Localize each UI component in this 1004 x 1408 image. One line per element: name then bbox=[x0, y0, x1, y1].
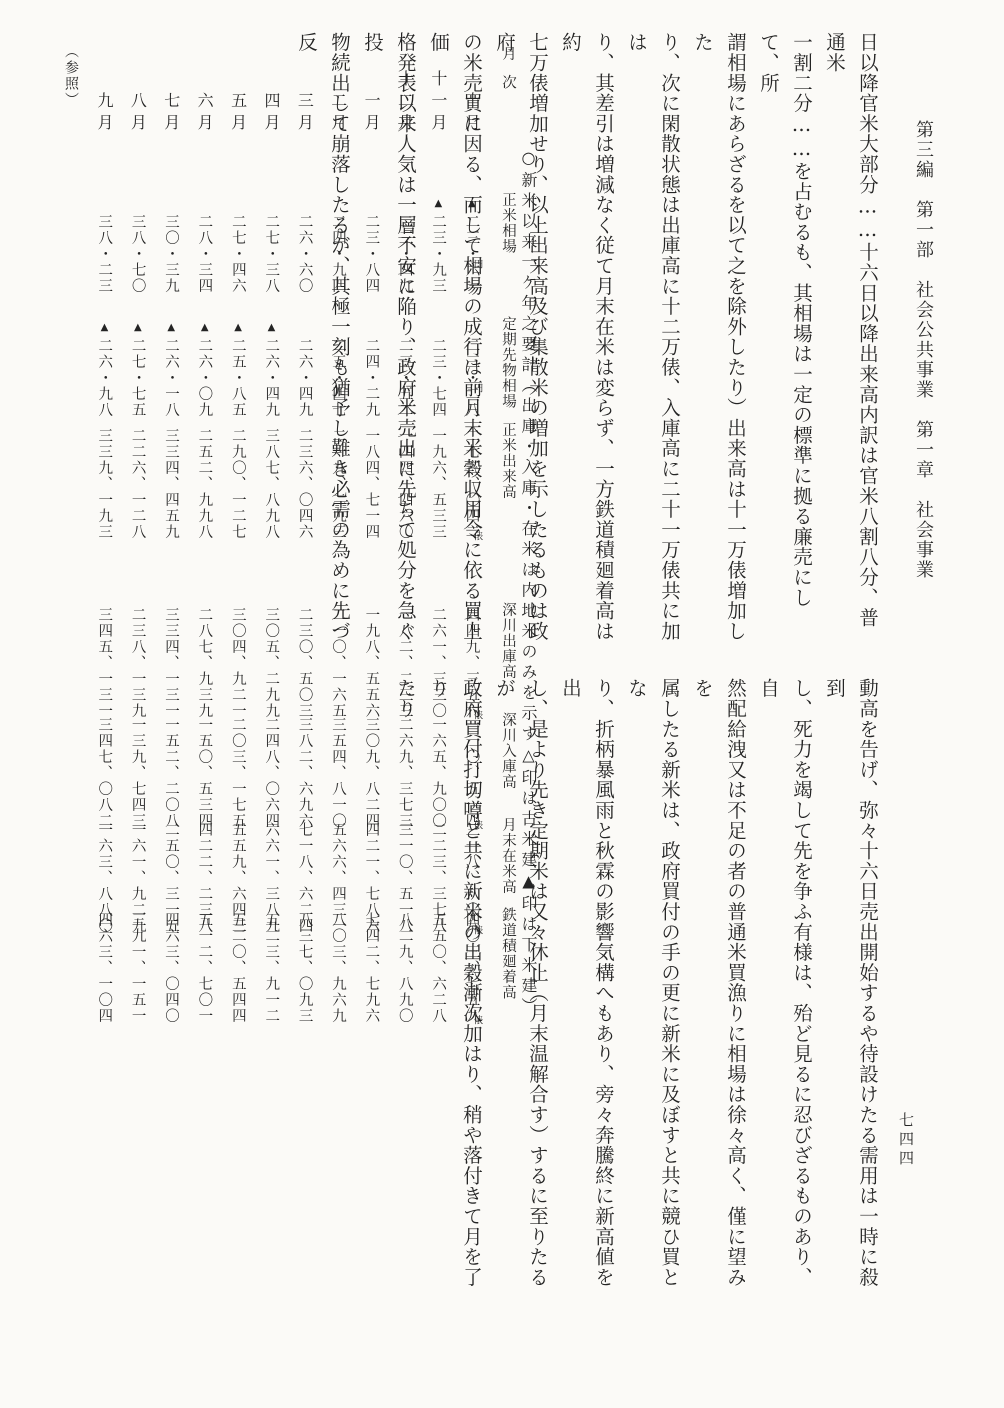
table-cell-value: 二三〇、五〇三 bbox=[297, 607, 312, 719]
table-cell: 三三九、一九三 bbox=[87, 428, 120, 540]
table-cell-value: 三九一、一五一 bbox=[130, 912, 145, 1024]
table-cell: 二七・三八 bbox=[254, 214, 287, 294]
month-label-text: 七月 bbox=[163, 92, 179, 136]
table-cell-value: 二一九、二九三 bbox=[330, 428, 345, 540]
lower-grade-rice-marker-icon: ▲ bbox=[166, 322, 176, 335]
table-month-column: 九月三八・二三▲二六・九八三三九、一九三三四五、一三一三四七、〇八二一六三、八八… bbox=[87, 0, 120, 1060]
table-cell-value: 二三・七四 bbox=[431, 338, 446, 418]
month-label: 十二月 bbox=[388, 40, 421, 136]
table-cell: 二八・三四 bbox=[187, 214, 220, 294]
month-label: 八月 bbox=[121, 40, 154, 136]
table-month-column: 六月二八・三四▲二六・〇九二五二、九九八二八七、九三九一五〇、五三四四二二、二三… bbox=[187, 0, 220, 1060]
month-label-text: 三月 bbox=[296, 92, 312, 136]
table-cell: 八二九、八九〇 bbox=[388, 912, 421, 1024]
table-cell: 三三四、四五九 bbox=[154, 428, 187, 540]
table-cell-value: 四〇三、七五九俵 bbox=[464, 912, 479, 1024]
table-cell: 五二三、九一二 bbox=[254, 912, 287, 1024]
table-cell-value: ▲二六・〇九 bbox=[197, 338, 212, 418]
table-cell: 二四八、〇六四 bbox=[254, 717, 287, 829]
table-cell-value: 二五・四七 bbox=[330, 338, 345, 418]
table-cell-value: ▲二五・八五 bbox=[230, 338, 245, 418]
table-cell: 二三・八四 bbox=[354, 214, 387, 294]
table-cell: 三九一、一五一 bbox=[121, 912, 154, 1024]
table-cell: 四四九、三五六俵 bbox=[455, 607, 488, 719]
table-cell-value: 八〇三、九六九 bbox=[330, 912, 345, 1024]
body-text-line: り、次に閑散状態は出庫高に十二万俵、入庫高に二十一万俵共に加は bbox=[620, 32, 686, 647]
table-cell-value: 三〇・三九 bbox=[164, 214, 179, 294]
table-cell: 三〇四、九二一 bbox=[221, 607, 254, 719]
table-cell: 四〇三、七五九俵 bbox=[455, 912, 488, 1024]
table-cell-value: 二八・三四 bbox=[197, 214, 212, 294]
month-label-text: 九月 bbox=[96, 92, 112, 136]
table-cell-value: 一九八、五五六 bbox=[364, 607, 379, 719]
table-cell-value: 二四・九四 bbox=[330, 214, 345, 294]
table-cell-value: 一八四、七一四 bbox=[364, 428, 379, 540]
table-field-label: 月末在米高 bbox=[485, 817, 515, 895]
body-text-line: 日以降官米大部分……十六日以降出来高内訳は官米八割八分、普通米 bbox=[818, 32, 884, 647]
table-cell-value: 三八・二三 bbox=[97, 214, 112, 294]
month-label-text: 一月 bbox=[363, 92, 379, 136]
month-label-text: 十一月 bbox=[430, 70, 446, 136]
table-cell: 一八四、七一四 bbox=[354, 428, 387, 540]
table-cell-value: 二七三、〇四二俵 bbox=[464, 428, 479, 540]
table-cell-value: 一九六、五三三 bbox=[431, 428, 446, 540]
month-label: 二月 bbox=[321, 40, 354, 136]
table-cell-value: 二四・二九 bbox=[364, 338, 379, 418]
table-cell: 二九〇、一二七 bbox=[221, 428, 254, 540]
table-cell-value: ▲二六・九八 bbox=[97, 338, 112, 418]
table-cell: 七四二、七九六 bbox=[354, 912, 387, 1024]
table-cell: 二四・二九 bbox=[354, 338, 387, 418]
body-text-line: り、折柄暴風雨と秋霖の影響気構へもあり、旁々奔騰終に新高値を出 bbox=[554, 678, 620, 1293]
month-label: 十月 bbox=[455, 40, 488, 136]
table-cell: 三〇五、二九九 bbox=[254, 607, 287, 719]
table-cell-value: 一一〇、五一四俵 bbox=[464, 717, 479, 829]
table-cell-value: 八三七、〇九三 bbox=[297, 912, 312, 1024]
table-cell-value: 二五二、九九八 bbox=[197, 428, 212, 540]
table-cell: 一四四、四六〇 bbox=[388, 428, 421, 540]
table-cell: 二七三、〇四二俵 bbox=[455, 428, 488, 540]
table-cell-value: 二八七、九三九 bbox=[197, 607, 212, 719]
table-cell-value: 四六三、〇四〇 bbox=[164, 912, 179, 1024]
table-cell-value: 二七・三八 bbox=[264, 214, 279, 294]
table-cell-value: 五二〇、五四四 bbox=[230, 912, 245, 1024]
table-cell-value: 七四二、七九六 bbox=[364, 912, 379, 1024]
lower-grade-rice-marker-icon: ▲ bbox=[266, 322, 276, 335]
table-cell-value: ▲二三・九三 bbox=[431, 214, 446, 294]
lower-grade-rice-marker-icon: ▲ bbox=[132, 322, 142, 335]
table-cell: 二三六、〇四六 bbox=[288, 428, 321, 540]
table-cell: 二三八、一三九 bbox=[121, 607, 154, 719]
table-cell-value: 二〇三、一七五 bbox=[230, 717, 245, 829]
month-label: 五月 bbox=[221, 40, 254, 136]
table-cell-value: 三八七、八九八 bbox=[264, 428, 279, 540]
table-cell: 三五四、八一〇 bbox=[321, 717, 354, 829]
table-cell: 三八七、八九八 bbox=[254, 428, 287, 540]
table-cell-value: 一五二、二〇八 bbox=[164, 717, 179, 829]
page-number: 七四四 bbox=[898, 1112, 913, 1169]
month-label: 一月 bbox=[354, 40, 387, 136]
table-cell-value: 三三四、一三一 bbox=[164, 607, 179, 719]
table-cell-value: ▲二七・七五 bbox=[130, 338, 145, 418]
table-field-label: 鉄道積廻着高 bbox=[485, 907, 515, 1000]
table-cell: 二三〇、五〇三 bbox=[288, 607, 321, 719]
table-cell: 二一九、二九三 bbox=[321, 428, 354, 540]
table-cell-value: 三〇九、八二四 bbox=[364, 717, 379, 829]
table-cell-value: 一六五、九〇〇 bbox=[431, 717, 446, 829]
table-cell-value: 三〇五、二九九 bbox=[264, 607, 279, 719]
table-cell: ▲二七・七五 bbox=[121, 338, 154, 418]
table-cell: 五五〇、六二八 bbox=[421, 912, 454, 1024]
lower-grade-rice-marker-icon: ▲ bbox=[433, 198, 443, 211]
table-cell: 八三七、〇九三 bbox=[288, 912, 321, 1024]
table-cell: 三八・七〇 bbox=[121, 214, 154, 294]
table-cell-value: 二六一、三三〇 bbox=[431, 607, 446, 719]
table-cell-value: 二二六、一二八 bbox=[130, 428, 145, 540]
table-month-column: 七月三〇・三九▲二六・一八三三四、四五九三三四、一三一一五二、二〇八二五〇、三一… bbox=[154, 0, 187, 1060]
lower-grade-rice-marker-icon: ▲ bbox=[199, 322, 209, 335]
unit-label: 円 bbox=[472, 259, 482, 269]
table-cell-value: 三五四、八一〇 bbox=[330, 717, 345, 829]
table-cell-value: 三八・七〇 bbox=[130, 214, 145, 294]
table-cell: 二六一、三三〇 bbox=[421, 607, 454, 719]
table-month-column: 十月▲二三・六一円二三・二八円二七三、〇四二俵四四九、三五六俵一一〇、五一四俵三… bbox=[455, 0, 488, 1060]
body-text-line: 然配給洩又は不足の者の普通米買漁りに相場は徐々高く、僅に望みを bbox=[686, 678, 752, 1293]
table-cell: 二七・四六 bbox=[221, 214, 254, 294]
table-cell-value: 二一〇、一六五 bbox=[330, 607, 345, 719]
table-cell: 三四五、一三一 bbox=[87, 607, 120, 719]
table-cell: ▲二三・九三 bbox=[421, 214, 454, 294]
month-label-text: 六月 bbox=[196, 92, 212, 136]
table-field-header-column: 月次 正米相場定期先物相場正米出来高深川出庫高深川入庫高月末在米高鉄道積廻着高 bbox=[485, 0, 515, 1050]
table-cell-value: 二三・八四 bbox=[364, 214, 379, 294]
unit-label: 俵 bbox=[472, 1015, 482, 1025]
table-cell-value: 三四七、〇八二 bbox=[97, 717, 112, 829]
table-cell: 四六三、〇四〇 bbox=[154, 912, 187, 1024]
table-cell-value: ▲二六・四九 bbox=[264, 338, 279, 418]
table-cell-value: 二六・四九 bbox=[297, 338, 312, 418]
table-month-column: 四月二七・三八▲二六・四九三八七、八九八三〇五、二九九二四八、〇六四六六一、三八… bbox=[254, 0, 287, 1060]
month-label: 四月 bbox=[254, 40, 287, 136]
body-text-line: 動高を告げ、弥々十六日売出開始するや待設けたる需用は一時に殺到 bbox=[818, 678, 884, 1293]
table-cell: 一一〇、五一四俵 bbox=[455, 717, 488, 829]
table-cell: ▲二六・四九 bbox=[254, 338, 287, 418]
table-cell-value: 三三九、一九三 bbox=[97, 428, 112, 540]
table-cell: 五二〇、五四四 bbox=[221, 912, 254, 1024]
table-cell-value: 三三四、四五九 bbox=[164, 428, 179, 540]
table-cell-value: ▲二六・一八 bbox=[164, 338, 179, 418]
body-text-line: り、其差引は増減なく従て月末在米は変らず、一方鉄道積廻着高は約 bbox=[554, 32, 620, 647]
table-cell: 一九八、五五六 bbox=[354, 607, 387, 719]
month-label-text: 四月 bbox=[263, 92, 279, 136]
table-cell: 五一二、七〇一 bbox=[187, 912, 220, 1024]
table-month-column: 十一月▲二三・九三二三・七四一九六、五三三二六一、三三〇一六五、九〇〇二二三、三… bbox=[421, 0, 454, 1060]
table-cell: 二五・四七 bbox=[321, 338, 354, 418]
table-field-label: 正米相場 bbox=[485, 192, 515, 254]
table-month-column: 二月二四・九四二五・四七二一九、二九三二一〇、一六五三五四、八一〇五六六、四三一… bbox=[321, 0, 354, 1060]
table-cell: 二三・五二 bbox=[388, 338, 421, 418]
table-cell-value: 一五〇、五三四 bbox=[197, 717, 212, 829]
table-cell: 一三九、七四三 bbox=[121, 717, 154, 829]
table-cell-value: 一八二、二三三 bbox=[397, 607, 412, 719]
table-cell: 三三四、一三一 bbox=[154, 607, 187, 719]
table-cell-value: 八二九、八九〇 bbox=[397, 912, 412, 1024]
table-cell-value: 五二三、九一二 bbox=[264, 912, 279, 1024]
table-cell: 二六九、三七三 bbox=[388, 717, 421, 829]
table-cell: ▲二六・一八 bbox=[154, 338, 187, 418]
table-cell: ▲二五・八五 bbox=[221, 338, 254, 418]
table-col-header: 月次 bbox=[485, 46, 515, 103]
table-cell-value: 四四九、三五六俵 bbox=[464, 607, 479, 719]
unit-label: 俵 bbox=[472, 531, 482, 541]
table-cell: 一六五、九〇〇 bbox=[421, 717, 454, 829]
month-label-text: 二月 bbox=[330, 92, 346, 136]
table-reference-note-column: （参照） bbox=[54, 0, 87, 1060]
table-cell: 二五二、九九八 bbox=[187, 428, 220, 540]
table-cell-value: 二三・五二 bbox=[397, 338, 412, 418]
reference-note: （参照） bbox=[63, 44, 78, 108]
month-label: 十一月 bbox=[421, 40, 454, 136]
month-label-text: 十月 bbox=[463, 92, 479, 136]
table-cell-value: 五五〇、六二八 bbox=[431, 912, 446, 1024]
table-cell: 二二六、一二八 bbox=[121, 428, 154, 540]
table-month-column: 一月二三・八四二四・二九一八四、七一四一九八、五五六三〇九、八二四四二一、七八六… bbox=[354, 0, 387, 1060]
table-month-column: 五月二七・四六▲二五・八五二九〇、一二七三〇四、九二一二〇三、一七五五五九、六四… bbox=[221, 0, 254, 1060]
table-cell-value: 三〇四、九二一 bbox=[230, 607, 245, 719]
table-cell: 二三・七四 bbox=[421, 338, 454, 418]
body-text-line: 一割二分……を占むるも、其相場は一定の標準に拠る廉売にして、所 bbox=[752, 32, 818, 647]
table-cell: 一九六、五三三 bbox=[421, 428, 454, 540]
table-cell: 二六・四九 bbox=[288, 338, 321, 418]
table-cell-value: 二七・四六 bbox=[230, 214, 245, 294]
table-cell-value: ▲二三・六一円 bbox=[464, 214, 479, 294]
table-field-label: 定期先物相場 bbox=[485, 316, 515, 409]
month-label: 九月 bbox=[87, 40, 120, 136]
table-cell: ▲二三・六一円 bbox=[455, 214, 488, 294]
table-field-label: 正米出来高 bbox=[485, 422, 515, 500]
running-head: 第三編 第一部 社会公共事業 第一章 社会事業 bbox=[914, 120, 932, 580]
table-cell: 四六三、一〇四 bbox=[87, 912, 120, 1024]
table-cell-value: 二三・四九 bbox=[397, 214, 412, 294]
table-field-label: 深川出庫高 bbox=[485, 602, 515, 680]
table-cell-value: 二六・六〇 bbox=[297, 214, 312, 294]
table-cell-value: 二三八、一三九 bbox=[130, 607, 145, 719]
table-field-label: 深川入庫高 bbox=[485, 712, 515, 790]
month-label: 三月 bbox=[288, 40, 321, 136]
table-cell-value: 四六三、一〇四 bbox=[97, 912, 112, 1024]
table-cell: 二三・四九 bbox=[388, 214, 421, 294]
table-cell-value: 一四四、四六〇 bbox=[397, 428, 412, 540]
table-cell-value: 二三・二八円 bbox=[464, 338, 479, 418]
table-month-columns: 十月▲二三・六一円二三・二八円二七三、〇四二俵四四九、三五六俵一一〇、五一四俵三… bbox=[54, 0, 488, 1060]
table-cell: 三〇九、八二四 bbox=[354, 717, 387, 829]
table-cell-value: 二九〇、一二七 bbox=[230, 428, 245, 540]
table-cell: 二三・二八円 bbox=[455, 338, 488, 418]
table-cell: 二八七、九三九 bbox=[187, 607, 220, 719]
table-cell: 一五〇、五三四 bbox=[187, 717, 220, 829]
month-label: 七月 bbox=[154, 40, 187, 136]
lower-grade-rice-marker-icon: ▲ bbox=[233, 322, 243, 335]
table-cell-value: 一三九、七四三 bbox=[130, 717, 145, 829]
table-cell: 二一〇、一六五 bbox=[321, 607, 354, 719]
table-cell: 二四・九四 bbox=[321, 214, 354, 294]
table-cell-value: 三四五、一三一 bbox=[97, 607, 112, 719]
table-cell: 一五二、二〇八 bbox=[154, 717, 187, 829]
table-title: ○新米以来一ケ年之要計（出庫・入庫・在米は内地米のみを示す△印は古米建▲印は下米… bbox=[520, 148, 536, 1018]
body-text-line: し、死力を竭して先を争ふ有様は、殆ど見るに忍びざるものあり、自 bbox=[752, 678, 818, 1293]
table-cell: 八〇三、九六九 bbox=[321, 912, 354, 1024]
month-label-text: 十二月 bbox=[397, 70, 413, 136]
table-cell: ▲二六・九八 bbox=[87, 338, 120, 418]
table-cell: 三八二、六九六 bbox=[288, 717, 321, 829]
scanned-document-page: 第三編 第一部 社会公共事業 第一章 社会事業 七四四 日以降官米大部分……十六… bbox=[0, 0, 1004, 1408]
running-head-title: 第三編 第一部 社会公共事業 第一章 社会事業 bbox=[913, 120, 934, 580]
body-text-line: 属したる新米は、政府買付の手の更に新米に及ぼすと共に競ひ買とな bbox=[620, 678, 686, 1293]
month-label-text: 八月 bbox=[129, 92, 145, 136]
table-cell-value: 五一二、七〇一 bbox=[197, 912, 212, 1024]
table-cell: 三八・二三 bbox=[87, 214, 120, 294]
month-label-text: 五月 bbox=[230, 92, 246, 136]
lower-grade-rice-marker-icon: ▲ bbox=[466, 198, 476, 211]
table-cell: 三〇・三九 bbox=[154, 214, 187, 294]
table-cell: 二六・六〇 bbox=[288, 214, 321, 294]
table-cell-value: 二六九、三七三 bbox=[397, 717, 412, 829]
table-cell-value: 二四八、〇六四 bbox=[264, 717, 279, 829]
table-month-column: 三月二六・六〇二六・四九二三六、〇四六二三〇、五〇三三八二、六九六七一八、六二四… bbox=[288, 0, 321, 1060]
unit-label: 円 bbox=[472, 383, 482, 393]
table-month-column: 十二月二三・四九二三・五二一四四、四六〇一八二、二三三二六九、三七三三一〇、五一… bbox=[388, 0, 421, 1060]
table-cell-value: 二三六、〇四六 bbox=[297, 428, 312, 540]
table-cell: ▲二六・〇九 bbox=[187, 338, 220, 418]
table-cell: 二〇三、一七五 bbox=[221, 717, 254, 829]
table-month-column: 八月三八・七〇▲二七・七五二二六、一二八二三八、一三九一三九、七四三一六一、九二… bbox=[121, 0, 154, 1060]
month-label: 六月 bbox=[187, 40, 220, 136]
body-text-line: 謂相場にあらざるを以て之を除外したり）出来高は十一万俵増加した bbox=[686, 32, 752, 647]
table-cell: 三四七、〇八二 bbox=[87, 717, 120, 829]
table-cell: 一八二、二三三 bbox=[388, 607, 421, 719]
table-cell-value: 三八二、六九六 bbox=[297, 717, 312, 829]
lower-grade-rice-marker-icon: ▲ bbox=[99, 322, 109, 335]
